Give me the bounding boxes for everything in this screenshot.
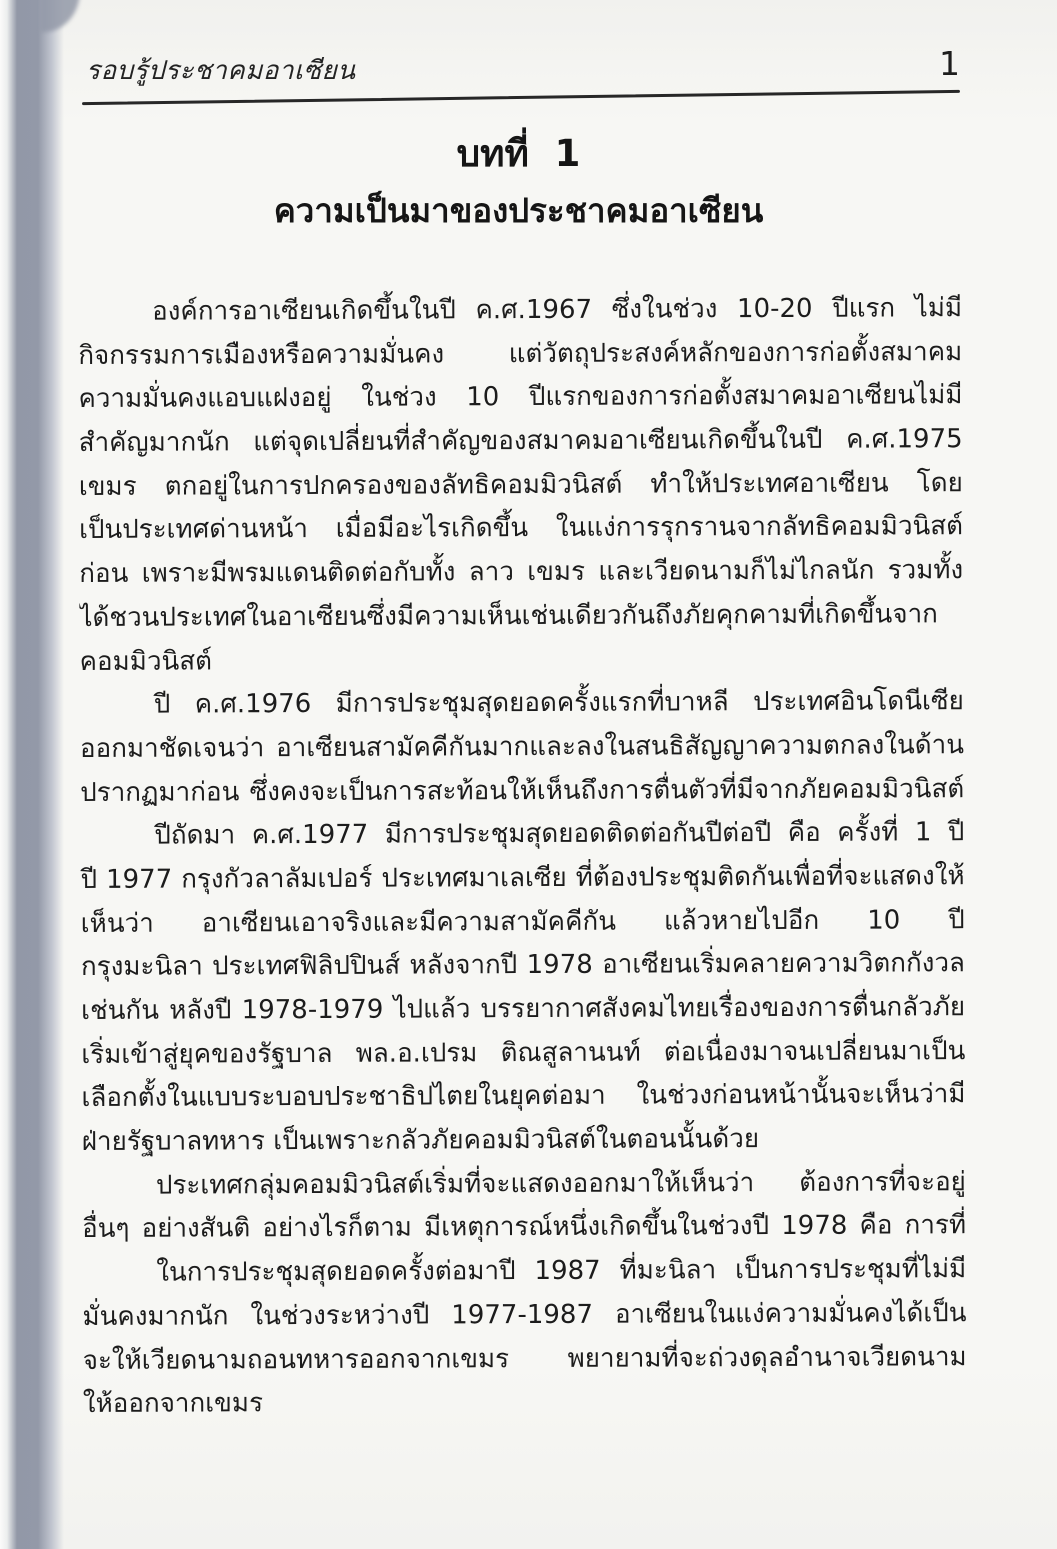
- text-line: ออกมาชัดเจนว่า อาเซียนสามัคคีกันมากและลง…: [80, 724, 964, 772]
- text-line: ปี ค.ศ.1976 มีการประชุมสุดยอดครั้งแรกที่…: [80, 680, 964, 728]
- body-text: องค์การอาเซียนเกิดขึ้นในปี ค.ศ.1967 ซึ่ง…: [78, 287, 967, 1427]
- text-line: เริ่มเข้าสู่ยุคของรัฐบาล พล.อ.เปรม ติณสู…: [81, 1030, 965, 1078]
- text-line: กรุงมะนิลา ประเทศฟิลิปปินส์ หลังจากปี 19…: [81, 942, 965, 990]
- text-line: ฝ่ายรัฐบาลทหาร เป็นเพราะกลัวภัยคอมมิวนิส…: [82, 1117, 966, 1165]
- text-line: ในการประชุมสุดยอดครั้งต่อมาปี 1987 ที่มะ…: [82, 1248, 966, 1296]
- text-line: มั่นคงมากนัก ในช่วงระหว่างปี 1977-1987 อ…: [82, 1292, 966, 1340]
- scanned-book-page: รอบรู้ประชาคมอาเซียน 1 บทที่ 1 ความเป็นม…: [0, 0, 1057, 1549]
- text-line: เช่นกัน หลังปี 1978-1979 ไปแล้ว บรรยากาศ…: [81, 986, 965, 1034]
- text-line: อื่นๆ อย่างสันติ อย่างไรก็ตาม มีเหตุการณ…: [82, 1205, 966, 1253]
- text-line: ปี 1977 กรุงกัวลาลัมเปอร์ ประเทศมาเลเซีย…: [80, 855, 964, 903]
- text-line: ได้ชวนประเทศในอาเซียนซึ่งมีความเห็นเช่นเ…: [79, 593, 963, 641]
- page-number: 1: [939, 44, 960, 83]
- text-line: เป็นประเทศด่านหน้า เมื่อมีอะไรเกิดขึ้น ใ…: [79, 506, 963, 554]
- text-line: จะให้เวียดนามถอนทหารออกจากเขมร พยายามที่…: [83, 1336, 967, 1384]
- text-line: ปีถัดมา ค.ศ.1977 มีการประชุมสุดยอดติดต่อ…: [80, 811, 964, 859]
- chapter-title: ความเป็นมาของประชาคมอาเซียน: [0, 184, 1037, 237]
- text-line: ประเทศกลุ่มคอมมิวนิสต์เริ่มที่จะแสดงออกม…: [82, 1161, 966, 1209]
- text-line: เขมร ตกอยู่ในการปกครองของลัทธิคอมมิวนิสต…: [79, 462, 963, 510]
- text-line: คอมมิวนิสต์: [80, 637, 964, 685]
- text-line: เห็นว่า อาเซียนเอาจริงและมีความสามัคคีกั…: [81, 899, 965, 947]
- text-line: ความมั่นคงแอบแฝงอยู่ ในช่วง 10 ปีแรกของก…: [78, 375, 962, 423]
- header-rule: [82, 90, 960, 105]
- running-header: รอบรู้ประชาคมอาเซียน: [86, 50, 356, 91]
- text-line: สำคัญมากนัก แต่จุดเปลี่ยนที่สำคัญของสมาค…: [79, 418, 963, 466]
- text-line: ปรากฏมาก่อน ซึ่งคงจะเป็นการสะท้อนให้เห็น…: [80, 768, 964, 816]
- text-line: ก่อน เพราะมีพรมแดนติดต่อกับทั้ง ลาว เขมร…: [79, 549, 963, 597]
- page-corner-curve: [40, 0, 80, 32]
- text-line: องค์การอาเซียนเกิดขึ้นในปี ค.ศ.1967 ซึ่ง…: [78, 287, 962, 335]
- text-line: เลือกตั้งในแบบระบอบประชาธิปไตยในยุคต่อมา…: [81, 1074, 965, 1122]
- text-line: กิจกรรมการเมืองหรือความมั่นคง แต่วัตถุปร…: [78, 331, 962, 379]
- text-line: ให้ออกจากเขมร: [83, 1379, 967, 1427]
- chapter-label: บทที่ 1: [0, 124, 1037, 183]
